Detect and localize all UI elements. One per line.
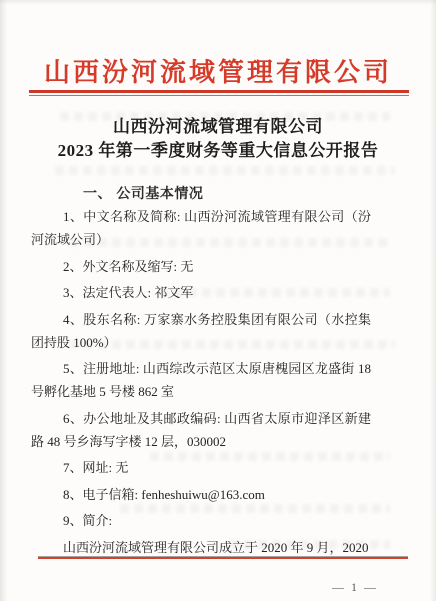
scanned-document-page: 山西汾河流域管理有限公司 山西汾河流域管理有限公司 2023 年第一季度财务等重… bbox=[0, 0, 436, 601]
item-email: 8、电子信箱: fenheshuiwu@163.com bbox=[31, 483, 371, 506]
report-title-line2: 2023 年第一季度财务等重大信息公开报告 bbox=[0, 139, 436, 163]
item-registered-address: 5、注册地址: 山西综改示范区太原唐槐园区龙盛街 18 号孵化基地 5 号楼 8… bbox=[31, 357, 371, 403]
letterhead-rule-thin bbox=[29, 95, 409, 96]
item-legal-representative: 3、法定代表人: 祁文军 bbox=[31, 281, 371, 304]
page-number: — 1 — bbox=[332, 580, 378, 595]
item-foreign-name: 2、外文名称及缩写: 无 bbox=[31, 255, 371, 278]
document-body: 1、中文名称及简称: 山西汾河流域管理有限公司（汾河流域公司） 2、外文名称及缩… bbox=[31, 205, 371, 562]
report-title-line1: 山西汾河流域管理有限公司 bbox=[0, 115, 436, 139]
letterhead-rule-thick bbox=[29, 90, 409, 93]
item-website: 7、网址: 无 bbox=[31, 456, 371, 479]
bleedthrough-artifact bbox=[55, 166, 395, 175]
item-chinese-name: 1、中文名称及简称: 山西汾河流域管理有限公司（汾河流域公司） bbox=[31, 205, 371, 251]
item-profile-label: 9、简介: bbox=[31, 509, 371, 532]
section-heading-company-basics: 一、 公司基本情况 bbox=[83, 183, 203, 203]
company-letterhead-title: 山西汾河流域管理有限公司 bbox=[0, 52, 436, 89]
item-shareholder: 4、股东名称: 万家寨水务控股集团有限公司（水控集团持股 100%） bbox=[31, 308, 371, 354]
item-office-address: 6、办公地址及其邮政编码: 山西省太原市迎泽区新建路 48 号乡海写字楼 12 … bbox=[31, 407, 371, 453]
footer-rule bbox=[38, 556, 408, 559]
report-title: 山西汾河流域管理有限公司 2023 年第一季度财务等重大信息公开报告 bbox=[0, 115, 436, 163]
